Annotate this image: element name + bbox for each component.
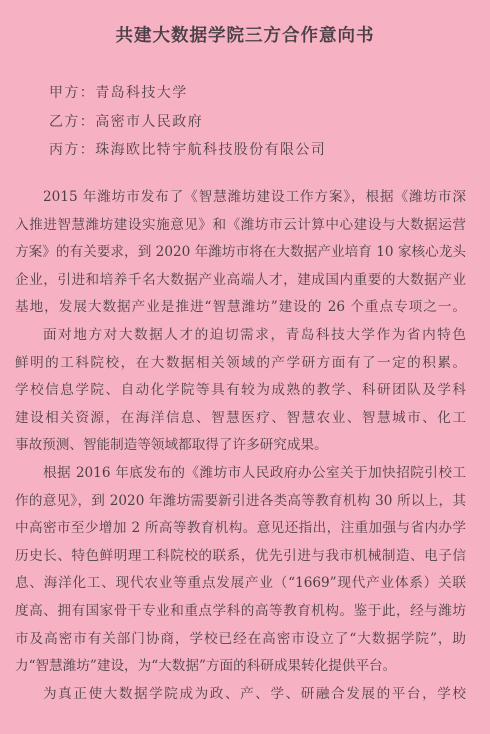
- paragraph-line: 历史长、特色鲜明理工科院校的联系，优先引进与我市机械制造、电子信: [15, 547, 466, 575]
- paragraph-line: 入推进智慧潍坊建设实施意见》和《潍坊市云计算中心建设与大数据运营: [15, 216, 466, 244]
- paragraph-line: 为真正使大数据学院成为政、产、学、研融合发展的平台，学校: [15, 685, 466, 713]
- parties-list: 甲方：青岛科技大学 乙方：高密市人民政府 丙方：珠海欧比特宇航科技股份有限公司: [49, 84, 326, 170]
- paragraph-line: 中高密市至少增加 2 所高等教育机构。意见还指出，注重加强与省内办学: [15, 519, 466, 547]
- paragraph-line: 面对地方对大数据人才的迫切需求，青岛科技大学作为省内特色: [15, 326, 466, 354]
- paragraph-line: 建设相关资源，在海洋信息、智慧医疗、智慧农业、智慧城市、化工: [15, 409, 466, 437]
- paragraph-line: 学校信息学院、自动化学院等具有较为成熟的教学、科研团队及学科: [15, 381, 466, 409]
- paragraph-line: 力“智慧潍坊”建设，为“大数据”方面的科研成果转化提供平台。: [15, 657, 466, 685]
- paragraph-line: 市及高密市有关部门协商，学校已经在高密市设立了“大数据学院”，助: [15, 630, 466, 658]
- paragraph-line: 作的意见》，到 2020 年潍坊需要新引进各类高等教育机构 30 所以上，其: [15, 492, 466, 520]
- party-name: 高密市人民政府: [95, 114, 203, 130]
- paragraph-line: 2015 年潍坊市发布了《智慧潍坊建设工作方案》，根据《潍坊市深: [15, 188, 466, 216]
- party-label: 甲方：: [49, 85, 95, 101]
- party-label: 丙方：: [49, 142, 95, 158]
- party-label: 乙方：: [49, 114, 95, 130]
- party-a: 甲方：青岛科技大学: [49, 84, 326, 113]
- paragraph-line: 基地，发展大数据产业是推进“智慧潍坊”建设的 26 个重点专项之一。: [15, 298, 466, 326]
- paragraph-line: 息、海洋化工、现代农业等重点发展产业（“1669”现代产业体系）关联: [15, 574, 466, 602]
- paragraph-line: 方案》的有关要求，到 2020 年潍坊市将在大数据产业培育 10 家核心龙头: [15, 243, 466, 271]
- document-title: 共建大数据学院三方合作意向书: [0, 22, 490, 47]
- party-name: 珠海欧比特宇航科技股份有限公司: [95, 142, 326, 158]
- paragraph-line: 度高、拥有国家骨干专业和重点学科的高等教育机构。鉴于此，经与潍坊: [15, 602, 466, 630]
- document-page: 共建大数据学院三方合作意向书 甲方：青岛科技大学 乙方：高密市人民政府 丙方：珠…: [0, 0, 490, 734]
- paragraph-line: 事故预测、智能制造等领域都取得了许多研究成果。: [15, 436, 466, 464]
- party-name: 青岛科技大学: [95, 85, 187, 101]
- party-c: 丙方：珠海欧比特宇航科技股份有限公司: [49, 141, 326, 170]
- paragraph-line: 鲜明的工科院校，在大数据相关领域的产学研方面有了一定的积累。: [15, 354, 466, 382]
- paragraph-line: 根据 2016 年底发布的《潍坊市人民政府办公室关于加快招院引校工: [15, 464, 466, 492]
- party-b: 乙方：高密市人民政府: [49, 113, 326, 142]
- document-body: 2015 年潍坊市发布了《智慧潍坊建设工作方案》，根据《潍坊市深 入推进智慧潍坊…: [15, 188, 466, 712]
- paragraph-line: 企业，引进和培养千名大数据产业高端人才，建成国内重要的大数据产业: [15, 271, 466, 299]
